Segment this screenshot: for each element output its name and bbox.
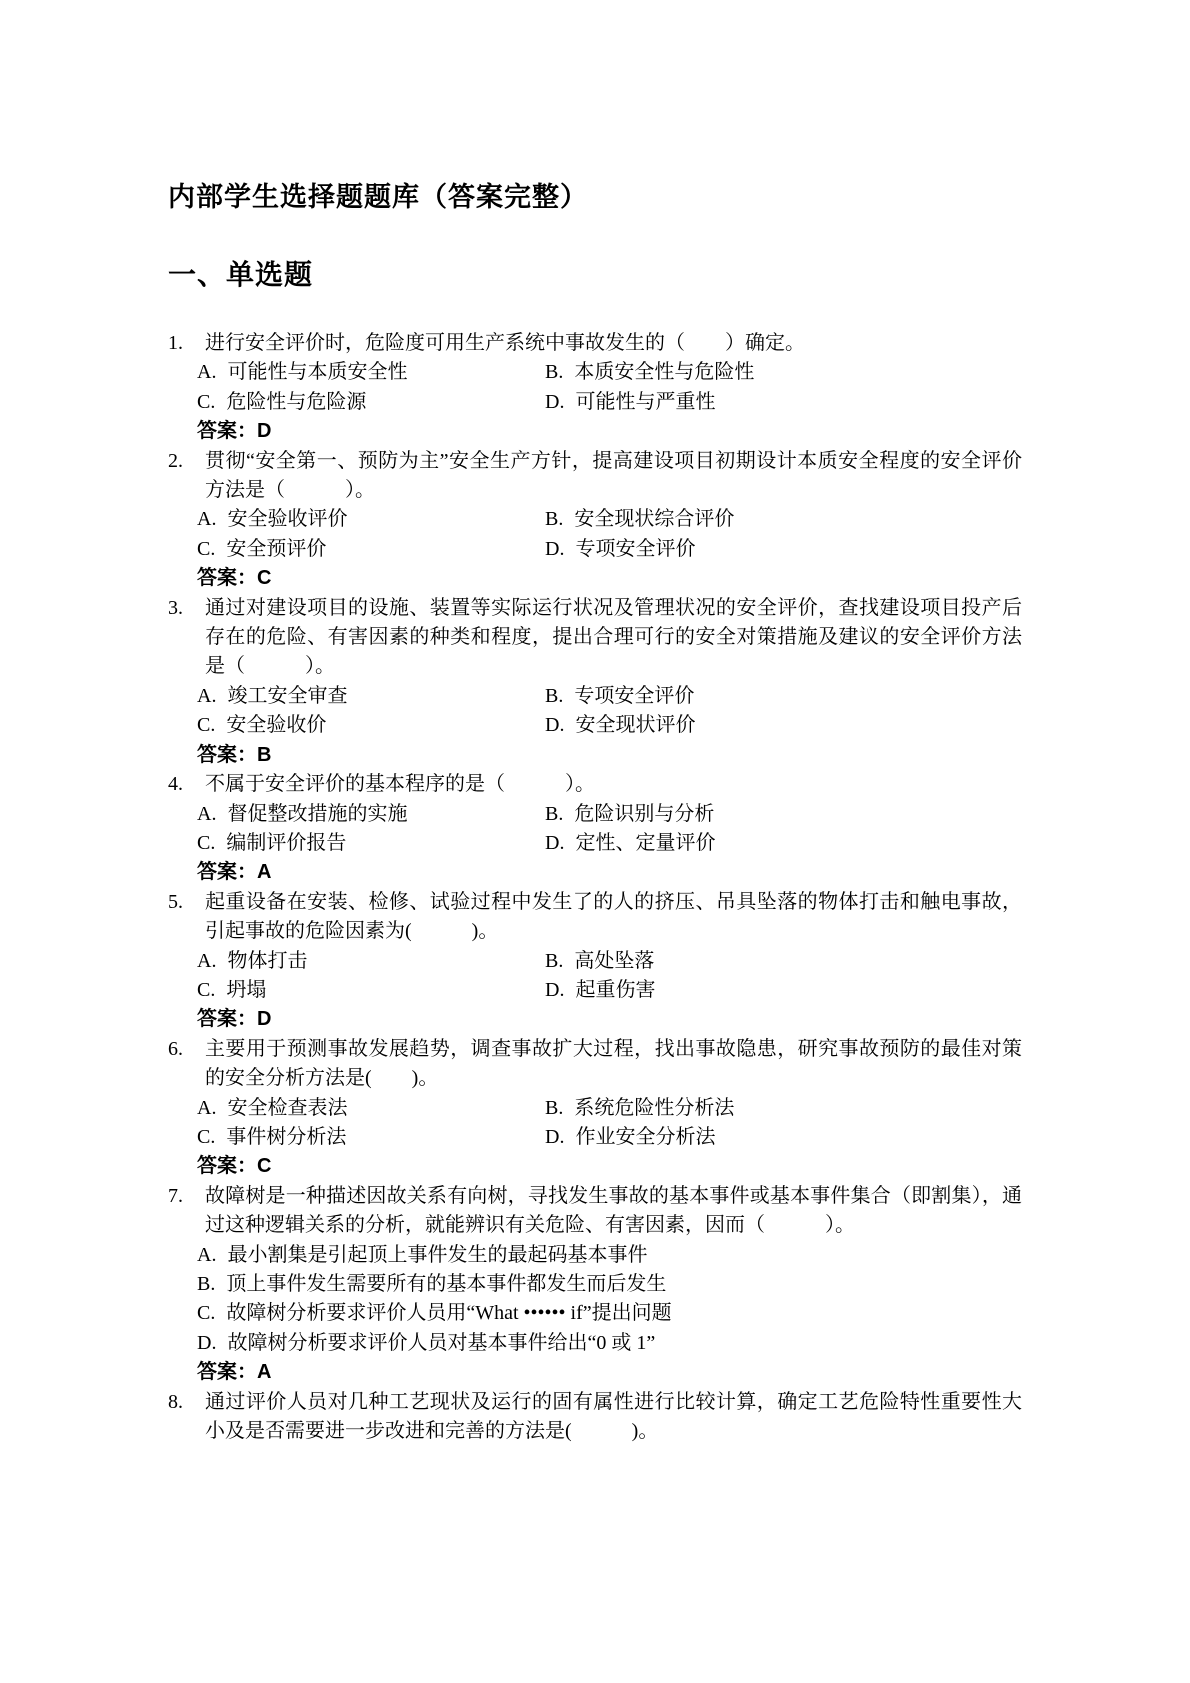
option-item: C.事件树分析法 xyxy=(197,1123,545,1152)
option-item: C.故障树分析要求评价人员用“What •••••• if”提出问题 xyxy=(197,1299,1022,1328)
answer-line: 答案：D xyxy=(197,1005,1022,1034)
question-stem: 贯彻“安全第一、预防为主”安全生产方针，提高建设项目初期设计本质安全程度的安全评… xyxy=(205,447,1022,506)
option-item: A.督促整改措施的实施 xyxy=(197,800,545,829)
document-page: 内部学生选择题题库（答案完整） 一、单选题 1.进行安全评价时，危险度可用生产系… xyxy=(0,0,1190,1683)
option-text: 危险性与危险源 xyxy=(226,391,366,413)
option-label: D. xyxy=(545,832,564,854)
option-item: B.危险识别与分析 xyxy=(545,800,1022,829)
option-item: A.安全检查表法 xyxy=(197,1094,545,1123)
option-text: 竣工安全审查 xyxy=(227,685,347,707)
question-number: 3. xyxy=(168,594,205,623)
option-label: A. xyxy=(197,803,216,825)
document-title: 内部学生选择题题库（答案完整） xyxy=(168,180,1022,214)
answer-line: 答案：C xyxy=(197,564,1022,593)
option-text: 安全预评价 xyxy=(226,538,326,560)
option-text: 安全现状综合评价 xyxy=(574,508,734,530)
option-item: A.物体打击 xyxy=(197,947,545,976)
option-item: C.安全验收价 xyxy=(197,711,545,740)
option-item: B.系统危险性分析法 xyxy=(545,1094,1022,1123)
question-number: 1. xyxy=(168,329,205,358)
option-label: C. xyxy=(197,714,215,736)
option-label: D. xyxy=(545,979,564,1001)
option-item: B.顶上事件发生需要所有的基本事件都发生而后发生 xyxy=(197,1270,1022,1299)
option-label: B. xyxy=(545,361,563,383)
option-text: 故障树分析要求评价人员用“What •••••• if”提出问题 xyxy=(226,1302,671,1324)
option-item: D.可能性与严重性 xyxy=(545,388,1022,417)
option-label: B. xyxy=(545,950,563,972)
question-number: 4. xyxy=(168,770,205,799)
question-item: 1.进行安全评价时，危险度可用生产系统中事故发生的（ ）确定。A.可能性与本质安… xyxy=(168,329,1022,447)
option-text: 安全验收评价 xyxy=(227,508,347,530)
option-label: D. xyxy=(197,1332,216,1354)
answer-line: 答案：B xyxy=(197,741,1022,770)
option-item: B.专项安全评价 xyxy=(545,682,1022,711)
option-label: D. xyxy=(545,538,564,560)
option-item: B.高处坠落 xyxy=(545,947,1022,976)
option-item: D.故障树分析要求评价人员对基本事件给出“0 或 1” xyxy=(197,1329,1022,1358)
question-stem: 进行安全评价时，危险度可用生产系统中事故发生的（ ）确定。 xyxy=(205,329,1022,358)
option-label: C. xyxy=(197,1126,215,1148)
option-text: 本质安全性与危险性 xyxy=(574,361,754,383)
option-item: D.定性、定量评价 xyxy=(545,829,1022,858)
question-item: 8.通过评价人员对几种工艺现状及运行的固有属性进行比较计算，确定工艺危险特性重要… xyxy=(168,1388,1022,1447)
option-text: 专项安全评价 xyxy=(574,685,694,707)
question-number: 8. xyxy=(168,1388,205,1417)
option-text: 起重伤害 xyxy=(575,979,655,1001)
option-label: C. xyxy=(197,391,215,413)
question-item: 7.故障树是一种描述因故关系有向树，寻找发生事故的基本事件或基本事件集合（即割集… xyxy=(168,1182,1022,1388)
question-number: 6. xyxy=(168,1035,205,1064)
option-item: B.本质安全性与危险性 xyxy=(545,358,1022,387)
answer-line: 答案：D xyxy=(197,417,1022,446)
question-item: 5.起重设备在安装、检修、试验过程中发生了的人的挤压、吊具坠落的物体打击和触电事… xyxy=(168,888,1022,1035)
section-heading: 一、单选题 xyxy=(168,258,1022,292)
option-text: 安全现状评价 xyxy=(575,714,695,736)
question-item: 2.贯彻“安全第一、预防为主”安全生产方针，提高建设项目初期设计本质安全程度的安… xyxy=(168,447,1022,594)
question-item: 3.通过对建设项目的设施、装置等实际运行状况及管理状况的安全评价，查找建设项目投… xyxy=(168,594,1022,770)
option-item: A.最小割集是引起顶上事件发生的最起码基本事件 xyxy=(197,1241,1022,1270)
option-label: C. xyxy=(197,538,215,560)
option-text: 可能性与严重性 xyxy=(575,391,715,413)
option-item: C.危险性与危险源 xyxy=(197,388,545,417)
question-stem: 主要用于预测事故发展趋势，调查事故扩大过程，找出事故隐患，研究事故预防的最佳对策… xyxy=(205,1035,1022,1094)
options-group: A.竣工安全审查B.专项安全评价C.安全验收价D.安全现状评价 xyxy=(197,682,1022,741)
option-label: C. xyxy=(197,979,215,1001)
question-number: 7. xyxy=(168,1182,205,1211)
option-label: D. xyxy=(545,1126,564,1148)
options-group: A.安全验收评价B.安全现状综合评价C.安全预评价D.专项安全评价 xyxy=(197,505,1022,564)
option-text: 事件树分析法 xyxy=(226,1126,346,1148)
questions-list: 1.进行安全评价时，危险度可用生产系统中事故发生的（ ）确定。A.可能性与本质安… xyxy=(168,329,1022,1446)
option-item: D.安全现状评价 xyxy=(545,711,1022,740)
option-text: 故障树分析要求评价人员对基本事件给出“0 或 1” xyxy=(227,1332,655,1354)
question-item: 6.主要用于预测事故发展趋势，调查事故扩大过程，找出事故隐患，研究事故预防的最佳… xyxy=(168,1035,1022,1182)
option-text: 安全验收价 xyxy=(226,714,326,736)
option-label: A. xyxy=(197,1244,216,1266)
option-text: 督促整改措施的实施 xyxy=(227,803,407,825)
option-label: A. xyxy=(197,508,216,530)
options-group: A.最小割集是引起顶上事件发生的最起码基本事件B.顶上事件发生需要所有的基本事件… xyxy=(197,1241,1022,1359)
option-text: 专项安全评价 xyxy=(575,538,695,560)
option-item: C.坍塌 xyxy=(197,976,545,1005)
question-stem: 故障树是一种描述因故关系有向树，寻找发生事故的基本事件或基本事件集合（即割集），… xyxy=(205,1182,1022,1241)
option-label: A. xyxy=(197,1097,216,1119)
answer-line: 答案：A xyxy=(197,858,1022,887)
option-text: 安全检查表法 xyxy=(227,1097,347,1119)
options-group: A.可能性与本质安全性B.本质安全性与危险性C.危险性与危险源D.可能性与严重性 xyxy=(197,358,1022,417)
option-label: B. xyxy=(545,685,563,707)
option-item: A.竣工安全审查 xyxy=(197,682,545,711)
option-label: B. xyxy=(197,1273,215,1295)
question-stem: 通过对建设项目的设施、装置等实际运行状况及管理状况的安全评价，查找建设项目投产后… xyxy=(205,594,1022,682)
options-group: A.物体打击B.高处坠落C.坍塌D.起重伤害 xyxy=(197,947,1022,1006)
question-stem: 起重设备在安装、检修、试验过程中发生了的人的挤压、吊具坠落的物体打击和触电事故，… xyxy=(205,888,1022,947)
option-label: B. xyxy=(545,1097,563,1119)
option-text: 物体打击 xyxy=(227,950,307,972)
question-number: 2. xyxy=(168,447,205,476)
question-number: 5. xyxy=(168,888,205,917)
options-group: A.安全检查表法B.系统危险性分析法C.事件树分析法D.作业安全分析法 xyxy=(197,1094,1022,1153)
option-text: 可能性与本质安全性 xyxy=(227,361,407,383)
option-text: 作业安全分析法 xyxy=(575,1126,715,1148)
option-item: C.编制评价报告 xyxy=(197,829,545,858)
option-label: D. xyxy=(545,714,564,736)
option-text: 系统危险性分析法 xyxy=(574,1097,734,1119)
option-text: 高处坠落 xyxy=(574,950,654,972)
answer-line: 答案：C xyxy=(197,1152,1022,1181)
option-label: C. xyxy=(197,832,215,854)
options-group: A.督促整改措施的实施B.危险识别与分析C.编制评价报告D.定性、定量评价 xyxy=(197,800,1022,859)
option-item: A.安全验收评价 xyxy=(197,505,545,534)
answer-line: 答案：A xyxy=(197,1358,1022,1387)
option-item: B.安全现状综合评价 xyxy=(545,505,1022,534)
document-content: 内部学生选择题题库（答案完整） 一、单选题 1.进行安全评价时，危险度可用生产系… xyxy=(168,180,1022,1446)
option-label: A. xyxy=(197,950,216,972)
option-item: D.起重伤害 xyxy=(545,976,1022,1005)
option-text: 坍塌 xyxy=(226,979,266,1001)
option-label: B. xyxy=(545,508,563,530)
question-stem: 不属于安全评价的基本程序的是（ ）。 xyxy=(205,770,1022,799)
option-label: B. xyxy=(545,803,563,825)
option-item: D.专项安全评价 xyxy=(545,535,1022,564)
option-text: 危险识别与分析 xyxy=(574,803,714,825)
option-text: 最小割集是引起顶上事件发生的最起码基本事件 xyxy=(227,1244,647,1266)
option-item: A.可能性与本质安全性 xyxy=(197,358,545,387)
option-label: A. xyxy=(197,685,216,707)
option-label: C. xyxy=(197,1302,215,1324)
question-item: 4.不属于安全评价的基本程序的是（ ）。A.督促整改措施的实施B.危险识别与分析… xyxy=(168,770,1022,888)
option-text: 顶上事件发生需要所有的基本事件都发生而后发生 xyxy=(226,1273,666,1295)
option-text: 定性、定量评价 xyxy=(575,832,715,854)
question-stem: 通过评价人员对几种工艺现状及运行的固有属性进行比较计算，确定工艺危险特性重要性大… xyxy=(205,1388,1022,1447)
option-label: A. xyxy=(197,361,216,383)
option-label: D. xyxy=(545,391,564,413)
option-text: 编制评价报告 xyxy=(226,832,346,854)
option-item: D.作业安全分析法 xyxy=(545,1123,1022,1152)
option-item: C.安全预评价 xyxy=(197,535,545,564)
